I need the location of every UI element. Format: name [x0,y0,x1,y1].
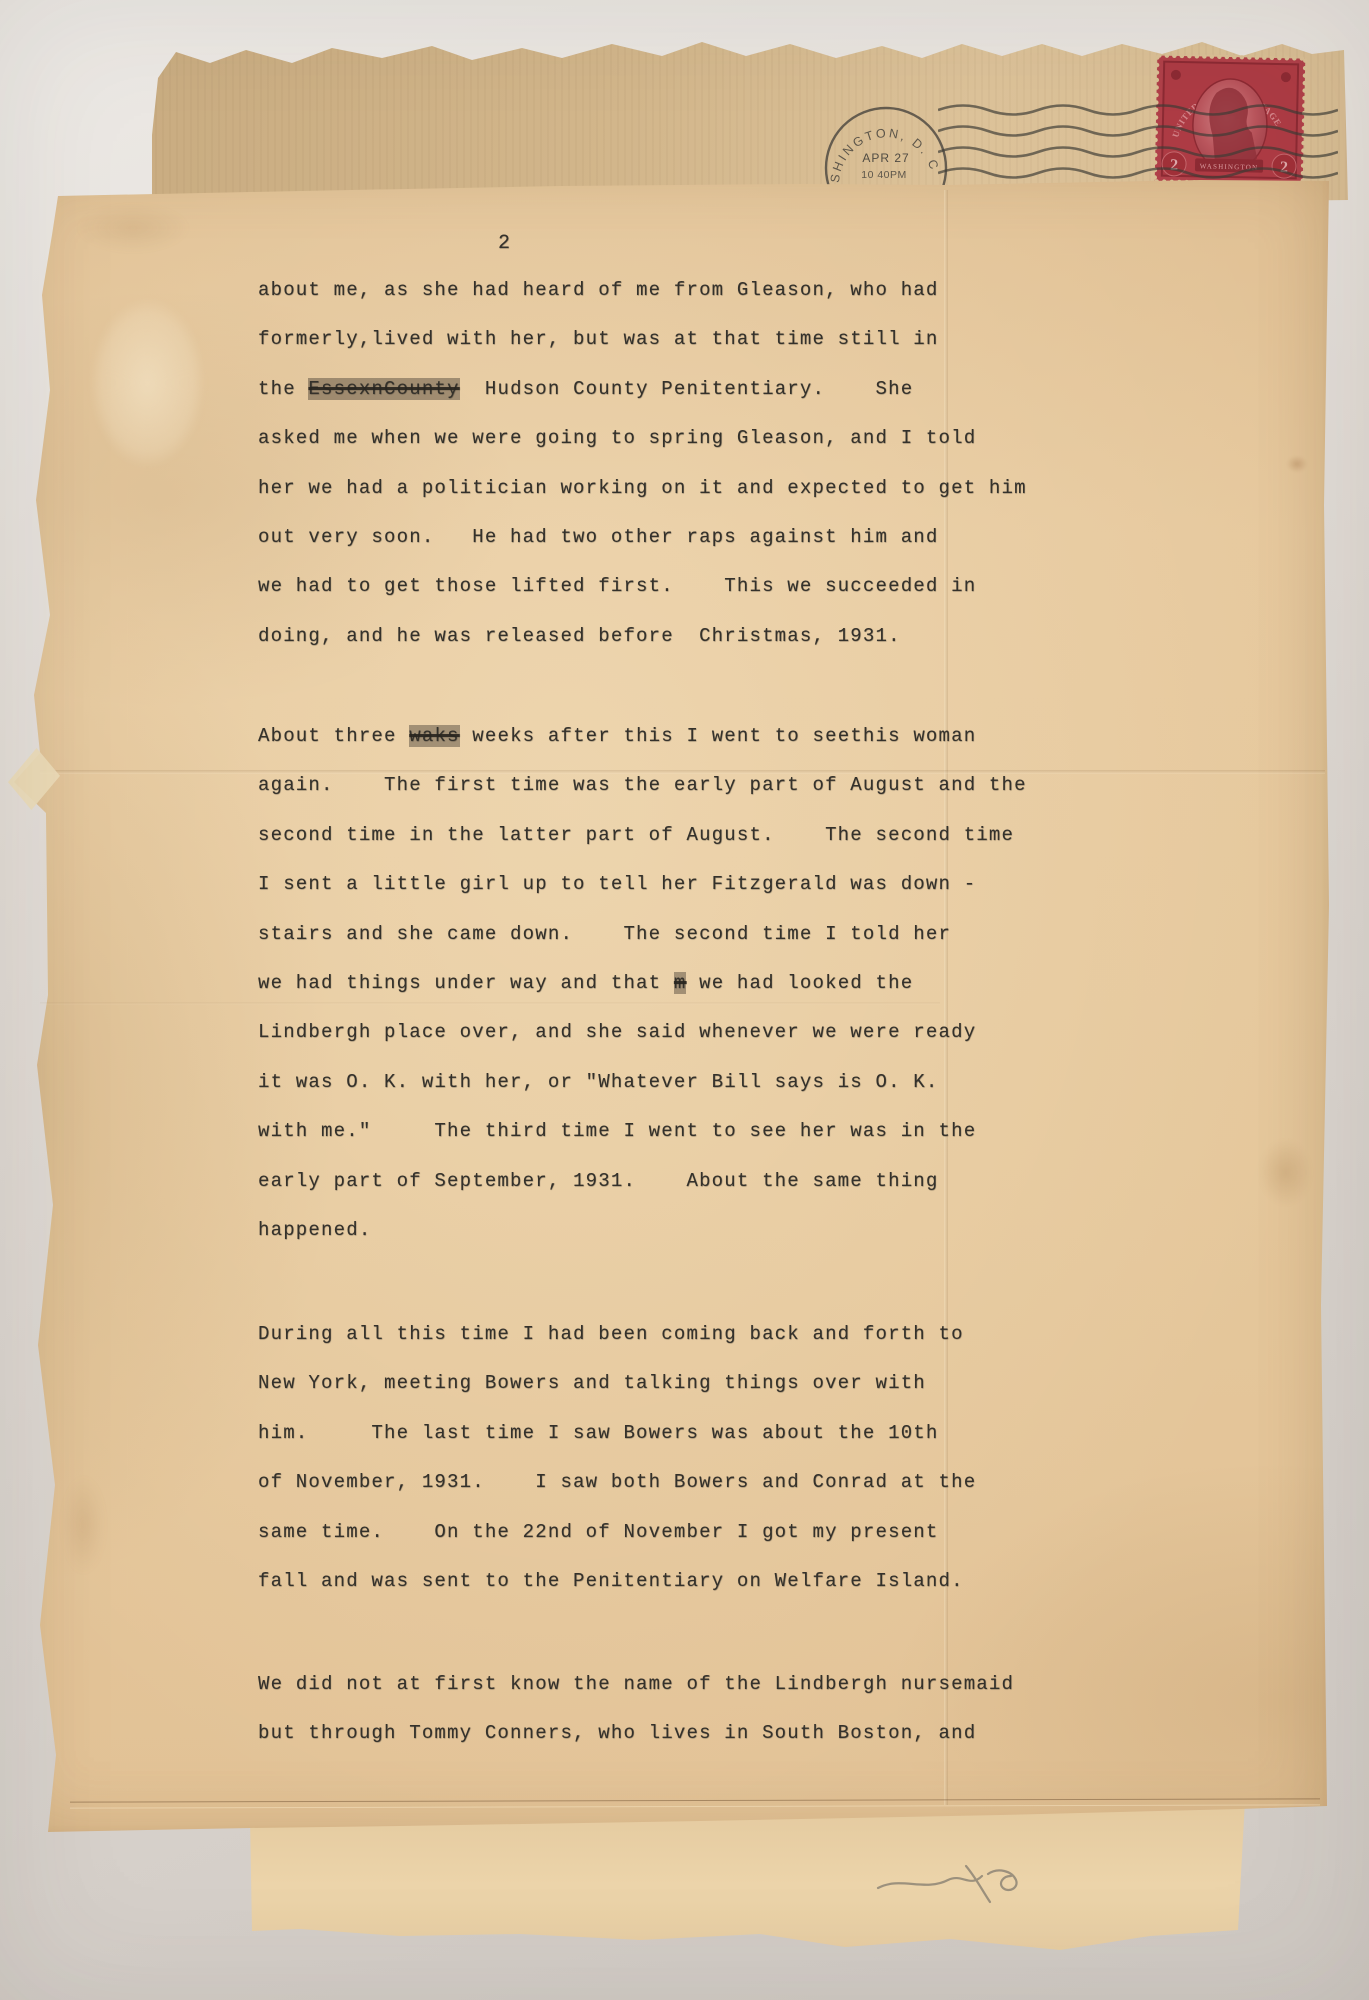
postmark-date: APR 27 [862,151,909,165]
text-segment: asked me when we were going to spring Gl… [258,427,976,449]
text-segment: doing, and he was released before Christ… [258,625,901,647]
tape-residue-patch [90,298,205,468]
paper-stain [1248,1125,1323,1220]
typed-line: same time. On the 22nd of November I got… [258,1508,976,1557]
text-segment: same time. On the 22nd of November I got… [258,1521,939,1543]
typed-line: Lindbergh place over, and she said whene… [258,1008,1027,1057]
typed-line: again. The first time was the early part… [258,761,1027,810]
typed-line: stairs and she came down. The second tim… [258,910,1027,959]
typed-line: formerly,lived with her, but was at that… [258,315,1027,364]
postmark-time: 10 40PM [861,169,907,181]
page-number: 2 [498,232,511,255]
typed-line: of November, 1931. I saw both Bowers and… [258,1458,976,1507]
pencil-scribble [870,1858,1030,1910]
typed-line: we had things under way and that m we ha… [258,959,1027,1008]
text-segment: I sent a little girl up to tell her Fitz… [258,873,976,895]
photo-of-letter-and-envelope: UNITED STATES POSTAGE WASHINGTON 2 2 ASH… [0,0,1369,2000]
text-segment: the [258,378,308,400]
text-segment: weeks after this I went to seethis woman [460,725,977,747]
text-segment: about me, as she had heard of me from Gl… [258,279,939,301]
typed-line: we had to get those lifted first. This w… [258,562,1027,611]
text-segment: out very soon. He had two other raps aga… [258,526,939,548]
typed-line: fall and was sent to the Penitentiary on… [258,1557,976,1606]
typed-line: I sent a little girl up to tell her Fitz… [258,860,1027,909]
typed-line: with me." The third time I went to see h… [258,1107,1027,1156]
typed-line: asked me when we were going to spring Gl… [258,414,1027,463]
text-segment: fall and was sent to the Penitentiary on… [258,1570,964,1592]
typed-line: happened. [258,1206,1027,1255]
text-segment: again. The first time was the early part… [258,774,1027,796]
text-segment: of November, 1931. I saw both Bowers and… [258,1471,976,1493]
text-segment: During all this time I had been coming b… [258,1323,964,1345]
typed-line: New York, meeting Bowers and talking thi… [258,1359,976,1408]
text-segment: happened. [258,1219,371,1241]
typed-line: but through Tommy Conners, who lives in … [258,1709,1014,1758]
text-segment: We did not at first know the name of the… [258,1673,1014,1695]
paper-stain [1282,452,1312,476]
typed-line: her we had a politician working on it an… [258,464,1027,513]
text-segment: we had things under way and that [258,972,674,994]
text-segment: early part of September, 1931. About the… [258,1170,939,1192]
paragraph-2: About three waks weeks after this I went… [258,712,1027,1255]
typed-line: him. The last time I saw Bowers was abou… [258,1409,976,1458]
text-segment: but through Tommy Conners, who lives in … [258,1722,976,1744]
paragraph-1: about me, as she had heard of me from Gl… [258,266,1027,661]
typed-line: it was O. K. with her, or "Whatever Bill… [258,1058,1027,1107]
text-segment: stairs and she came down. The second tim… [258,923,951,945]
struck-out-text: EssexnCounty [308,378,459,400]
text-segment: it was O. K. with her, or "Whatever Bill… [258,1071,939,1093]
text-segment: second time in the latter part of August… [258,824,1014,846]
text-segment: with me." The third time I went to see h… [258,1120,976,1142]
struck-out-text: m [674,972,687,994]
struck-out-text: waks [409,725,459,747]
text-segment: Hudson County Penitentiary. She [460,378,914,400]
text-segment: About three [258,725,409,747]
text-segment: her we had a politician working on it an… [258,477,1027,499]
typed-line: about me, as she had heard of me from Gl… [258,266,1027,315]
typed-line: the EssexnCounty Hudson County Penitenti… [258,365,1027,414]
paper-stain [56,1460,111,1590]
text-segment: him. The last time I saw Bowers was abou… [258,1422,939,1444]
typed-line: doing, and he was released before Christ… [258,612,1027,661]
typed-line: early part of September, 1931. About the… [258,1157,1027,1206]
text-segment: New York, meeting Bowers and talking thi… [258,1372,926,1394]
text-segment: we had to get those lifted first. This w… [258,575,976,597]
text-segment: Lindbergh place over, and she said whene… [258,1021,976,1043]
typed-line: We did not at first know the name of the… [258,1660,1014,1709]
paragraph-3: During all this time I had been coming b… [258,1310,976,1606]
typed-line: out very soon. He had two other raps aga… [258,513,1027,562]
typed-line: During all this time I had been coming b… [258,1310,976,1359]
text-segment: formerly,lived with her, but was at that… [258,328,939,350]
paragraph-4: We did not at first know the name of the… [258,1660,1014,1759]
typed-line: second time in the latter part of August… [258,811,1027,860]
paper-stain [58,196,208,260]
text-segment: we had looked the [686,972,913,994]
typed-line: About three waks weeks after this I went… [258,712,1027,761]
